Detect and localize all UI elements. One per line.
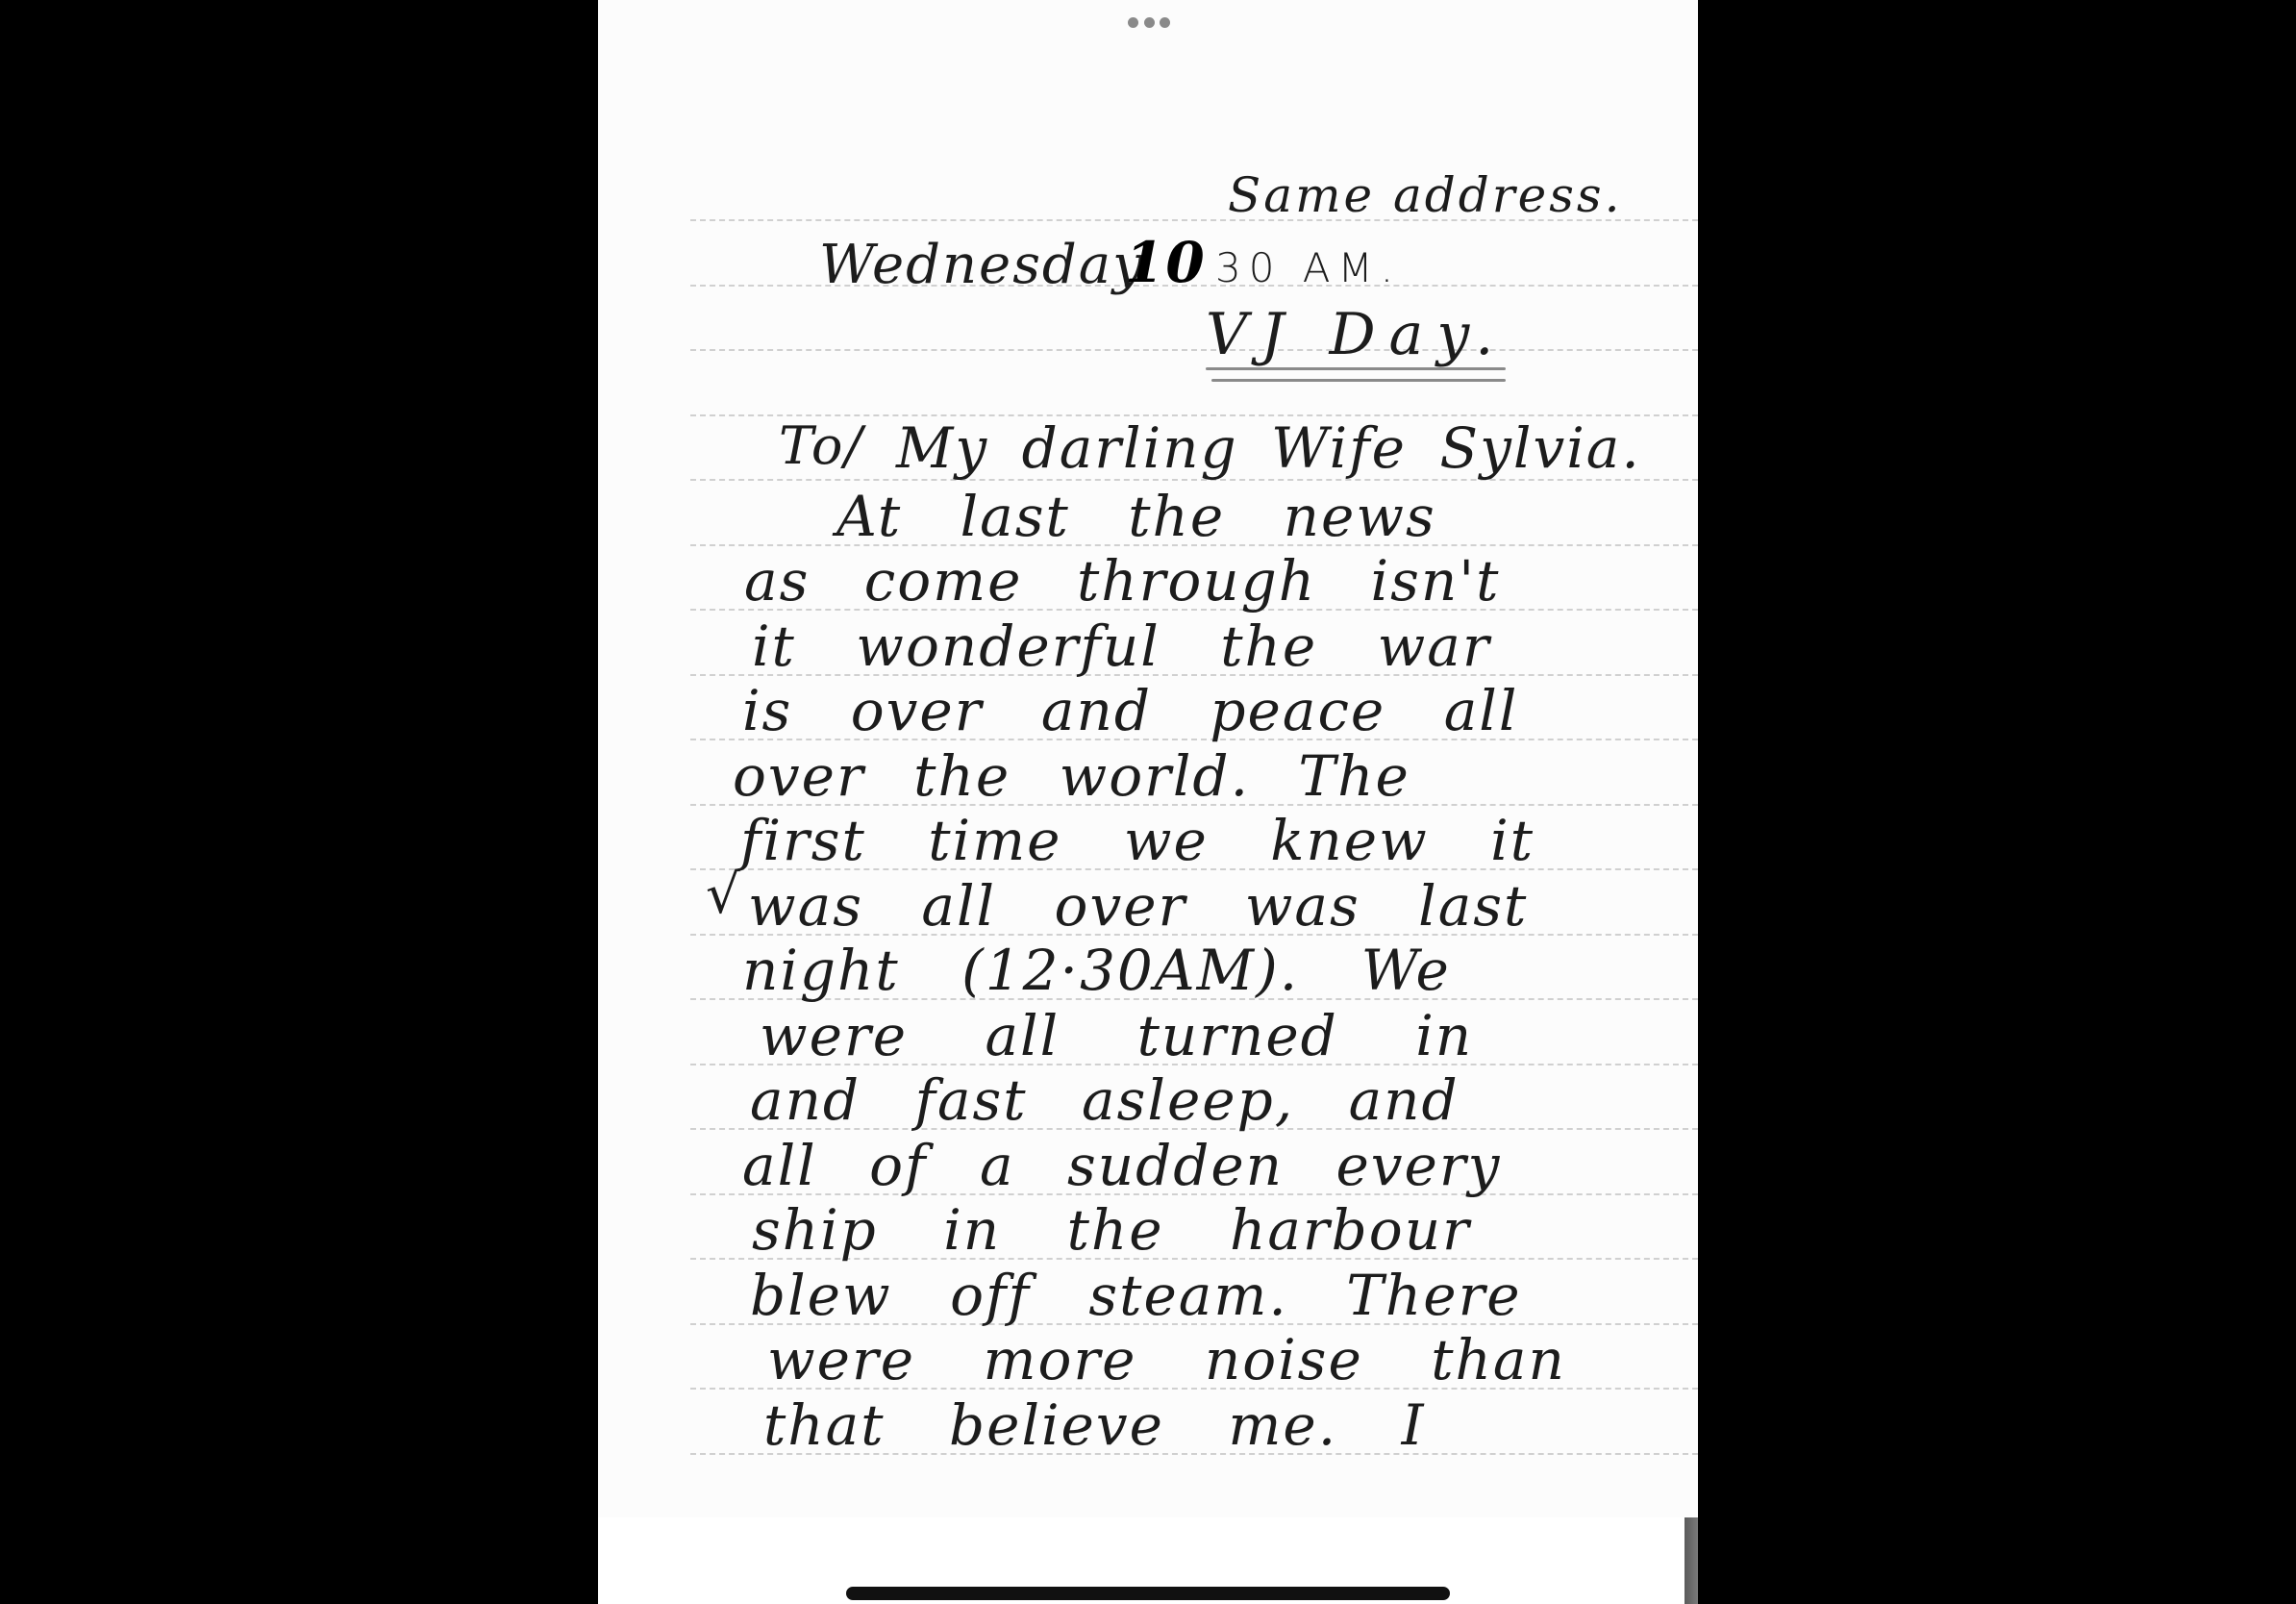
letter-line: over the world. The xyxy=(733,748,1410,804)
letter-line: all of a sudden every xyxy=(742,1138,1501,1193)
home-indicator[interactable] xyxy=(846,1587,1450,1600)
letter-line: and fast asleep, and xyxy=(750,1072,1460,1128)
ellipsis-horizontal-icon[interactable] xyxy=(1128,16,1170,28)
letter-line: ship in the harbour xyxy=(752,1202,1471,1258)
dot xyxy=(1144,17,1155,28)
salutation-to: To/ xyxy=(779,420,864,472)
letter-line: were all turned in xyxy=(760,1008,1473,1064)
page-edge-shadow xyxy=(1685,1517,1698,1604)
dot xyxy=(1160,17,1170,28)
salutation-text: My darling Wife Sylvia. xyxy=(896,420,1641,476)
letter-time: 30 AM. xyxy=(1215,248,1401,288)
letter-line: first time we knew it xyxy=(740,813,1535,868)
letter-line: as come through isn't xyxy=(744,553,1500,609)
letter-address: Same address. xyxy=(1228,171,1622,219)
letter-line: night (12·30AM). We xyxy=(742,942,1451,998)
dot xyxy=(1128,17,1138,28)
letter-line: At last the news xyxy=(836,489,1436,544)
letter-occasion: VJ Day. xyxy=(1206,306,1507,363)
letter-line: was all over was last xyxy=(748,878,1528,934)
margin-check-mark: √ xyxy=(706,864,740,926)
document-viewer: Same address. Wednesday 10 30 AM. VJ Day… xyxy=(0,0,2296,1604)
ruled-line xyxy=(690,349,1698,351)
letter-line: were more noise than xyxy=(767,1332,1566,1388)
letter-line: is over and peace all xyxy=(742,683,1518,739)
letter-paper: Same address. Wednesday 10 30 AM. VJ Day… xyxy=(598,0,1698,1517)
letter-time-hour: 10 xyxy=(1125,235,1207,290)
letter-line: blew off steam. There xyxy=(750,1267,1522,1323)
document-page[interactable]: Same address. Wednesday 10 30 AM. VJ Day… xyxy=(598,0,1698,1604)
letter-day: Wednesday xyxy=(819,238,1145,292)
occasion-underline xyxy=(1211,379,1506,382)
letter-line: it wonderful the war xyxy=(752,618,1491,674)
occasion-underline xyxy=(1206,367,1506,370)
letter-line: that believe me. I xyxy=(763,1397,1426,1453)
